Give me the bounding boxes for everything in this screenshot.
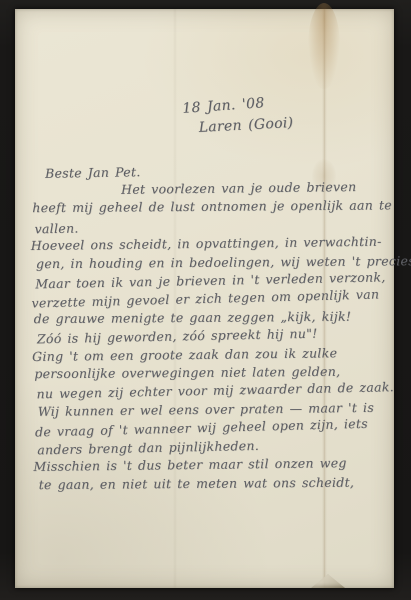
letter-line: te gaan, en niet uit te meten wat ons sc… bbox=[39, 473, 398, 494]
date-block: 18 Jan. '08 Laren (Gooi) bbox=[182, 91, 294, 141]
bottom-fold-crease bbox=[311, 574, 345, 588]
salutation: Beste Jan Pet. bbox=[45, 164, 141, 181]
letter-body: Het voorlezen van je oude brieven heeft … bbox=[30, 178, 398, 495]
place-text: Laren (Gooi) bbox=[198, 113, 294, 139]
top-fold-stain bbox=[308, 3, 340, 89]
letter-paper: 18 Jan. '08 Laren (Gooi) Beste Jan Pet. … bbox=[15, 9, 394, 588]
photo-frame: 18 Jan. '08 Laren (Gooi) Beste Jan Pet. … bbox=[0, 0, 411, 600]
